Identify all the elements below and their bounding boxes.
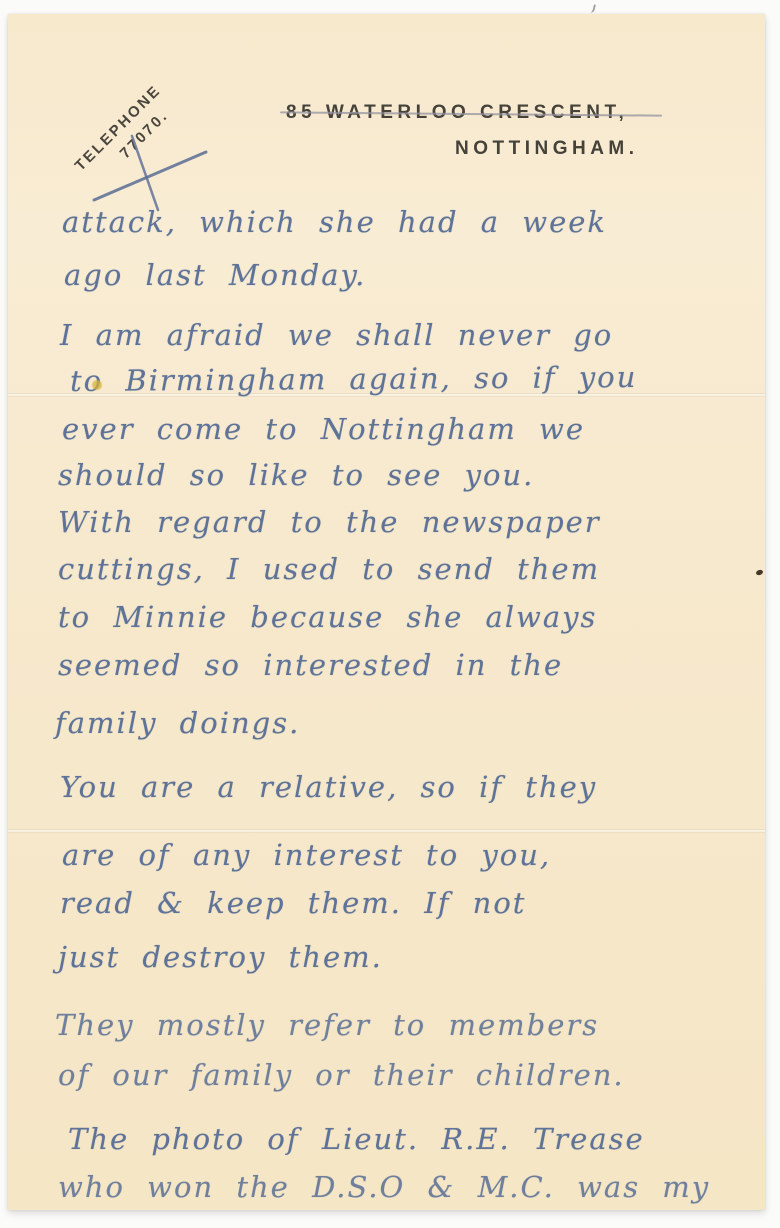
- handwritten-line: to Minnie because she always: [58, 600, 597, 634]
- handwritten-line: should so like to see you.: [58, 458, 534, 492]
- handwritten-line: You are a relative, so if they: [60, 770, 597, 804]
- handwritten-line: attack, which she had a week: [62, 205, 607, 239]
- handwritten-line: cuttings, I used to send them: [58, 552, 600, 586]
- handwritten-line: read & keep them. If not: [60, 886, 526, 920]
- handwritten-line: of our family or their children.: [58, 1058, 625, 1092]
- handwritten-line: seemed so interested in the: [58, 648, 563, 682]
- handwritten-line: They mostly refer to members: [55, 1008, 599, 1042]
- handwritten-line: With regard to the newspaper: [58, 505, 601, 539]
- paper-speck: [755, 569, 763, 576]
- handwritten-line: just destroy them.: [58, 940, 383, 974]
- letter-page: TELEPHONE 77070. 85 WATERLOO CRESCENT, N…: [8, 14, 765, 1210]
- cross-out-mark: [90, 126, 210, 212]
- handwritten-line: ago last Monday.: [64, 258, 366, 292]
- letterhead-city: NOTTINGHAM.: [455, 138, 639, 160]
- handwritten-line: I am afraid we shall never go: [60, 318, 613, 352]
- scan-artifact: [589, 4, 596, 14]
- handwritten-line: ever come to Nottingham we: [62, 412, 585, 446]
- handwritten-line: are of any interest to you,: [62, 838, 551, 872]
- fold-crease: [8, 829, 765, 833]
- handwritten-line: who won the D.S.O & M.C. was my: [58, 1170, 710, 1204]
- handwritten-line: to Birmingham again, so if you: [70, 360, 638, 398]
- handwritten-line: The photo of Lieut. R.E. Trease: [68, 1122, 645, 1156]
- ink-spot: [92, 380, 102, 390]
- handwritten-line: family doings.: [55, 706, 300, 740]
